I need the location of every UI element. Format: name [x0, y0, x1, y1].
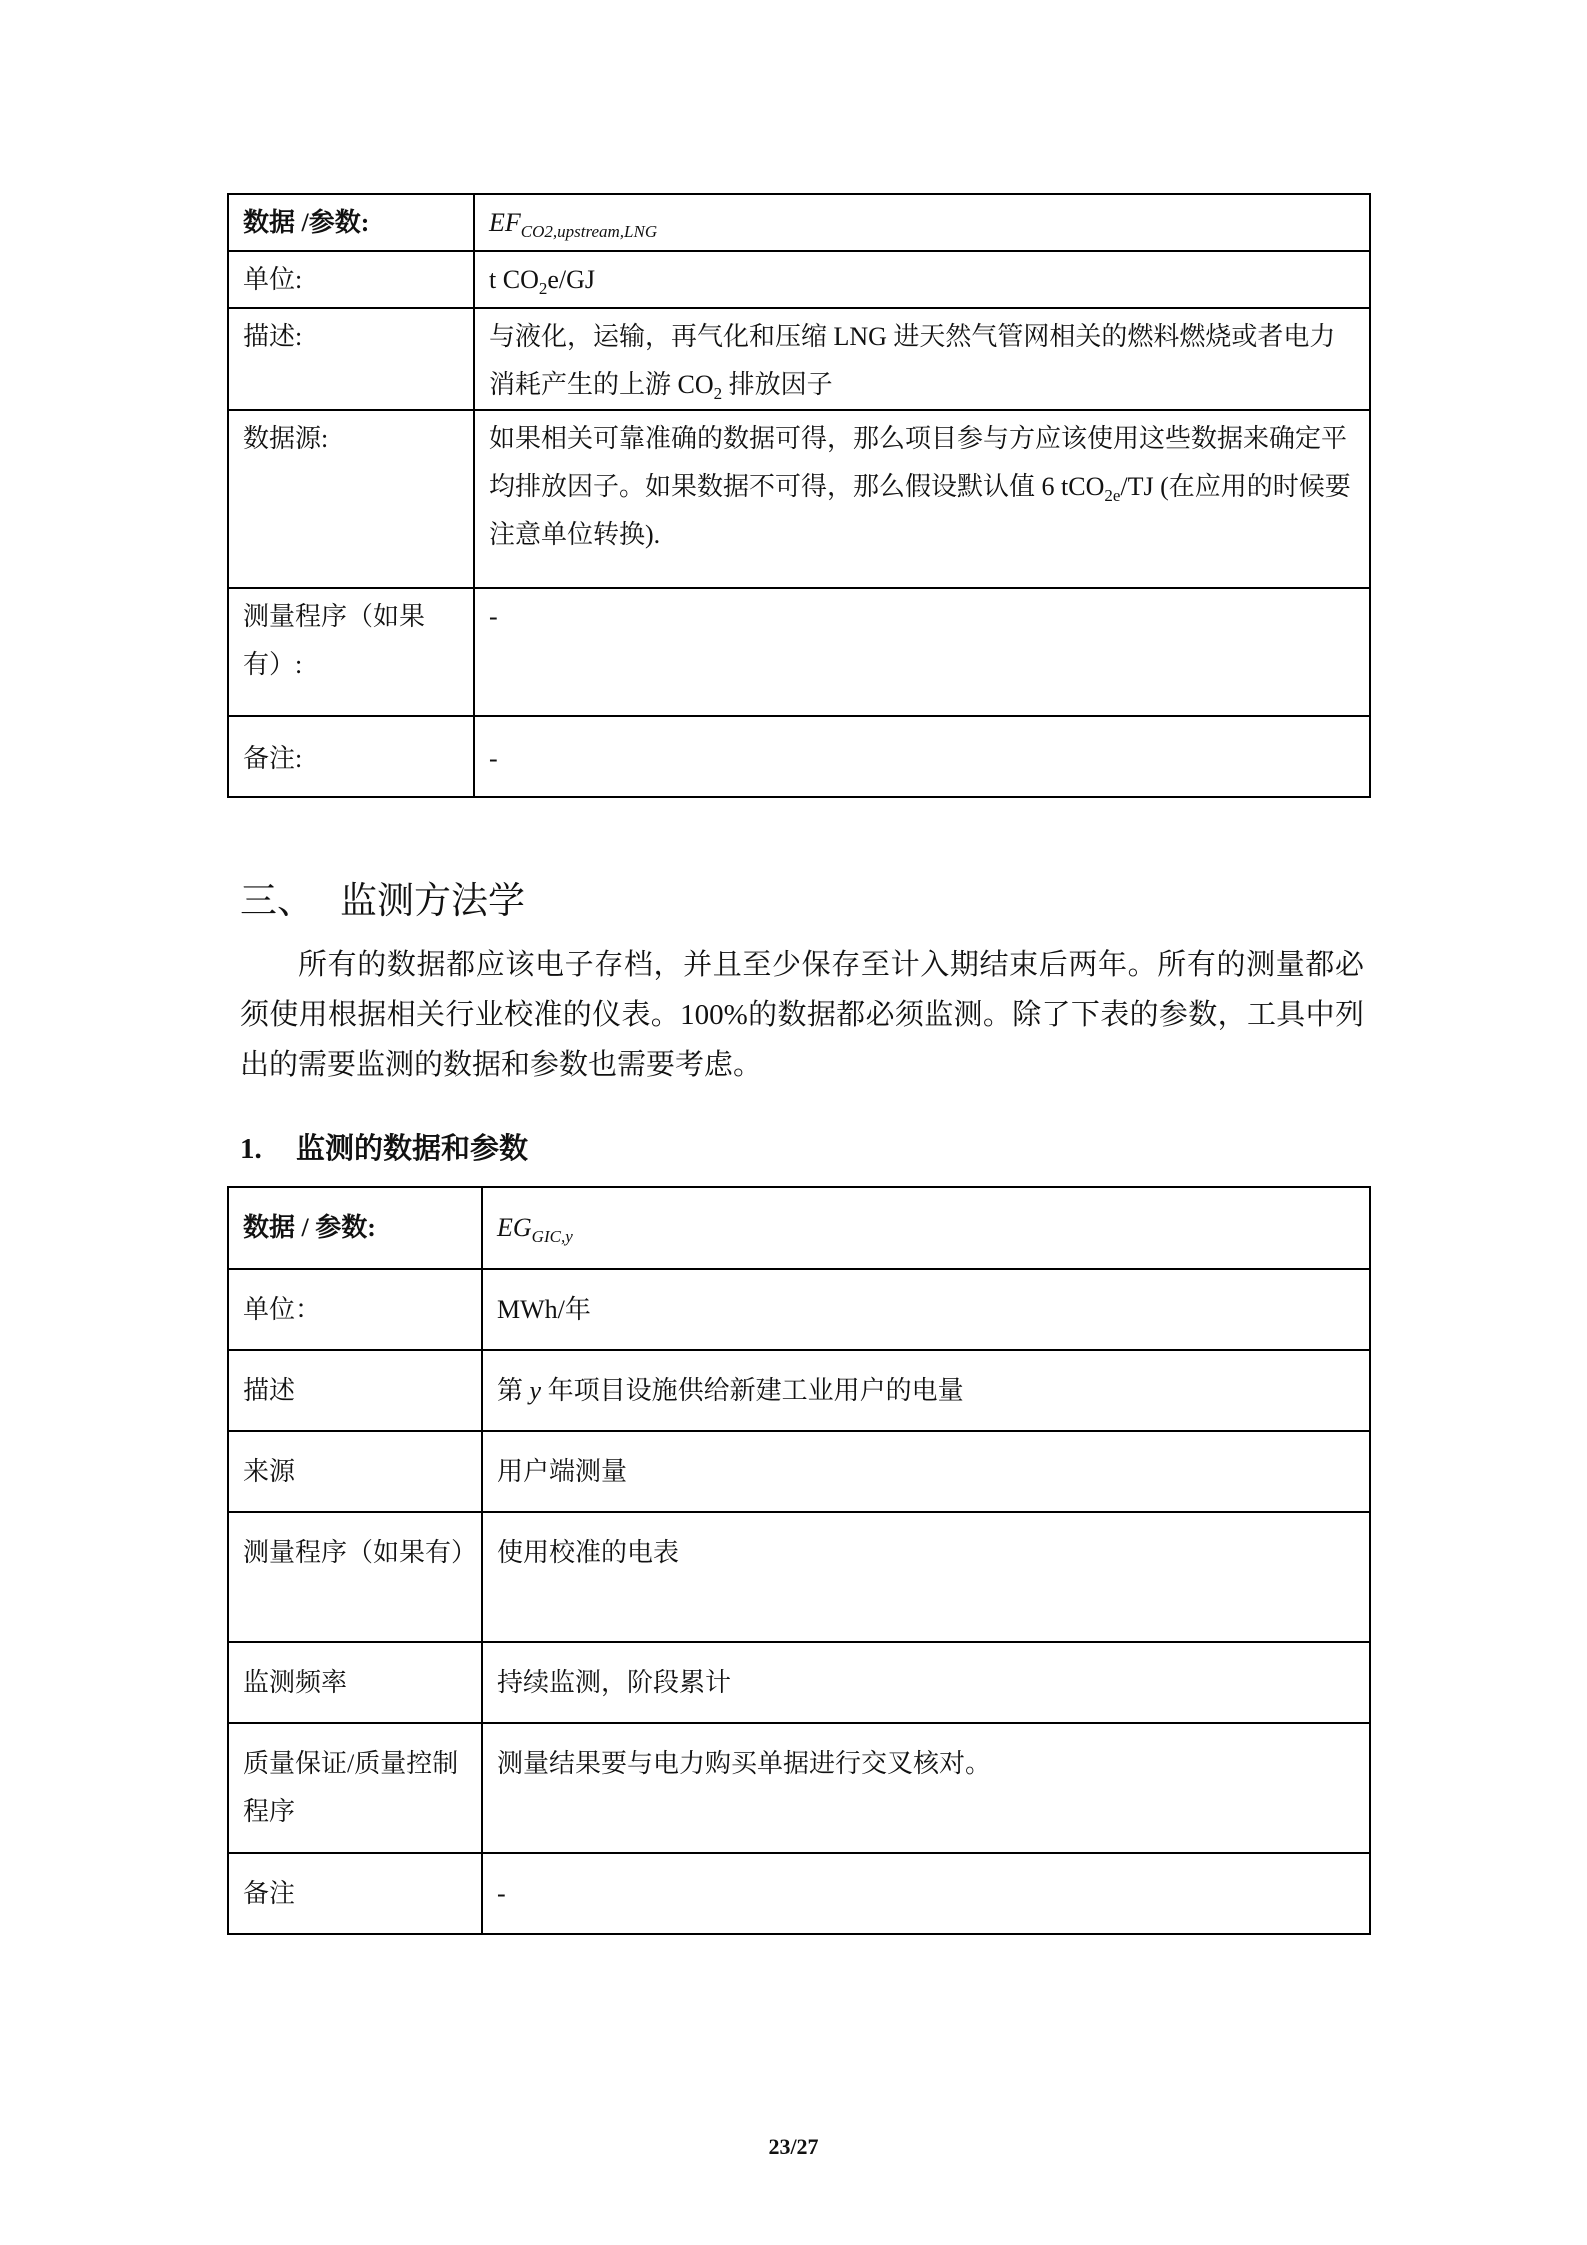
parameter-table-ef-upstream: 数据 /参数: EFCO2,upstream,LNG 单位: t CO2e/GJ…: [227, 193, 1371, 798]
table-row: 备注 -: [228, 1853, 1370, 1934]
row-value: -: [474, 716, 1370, 797]
table-row: 监测频率 持续监测，阶段累计: [228, 1642, 1370, 1723]
section-paragraph: 所有的数据都应该电子存档，并且至少保存至计入期结束后两年。所有的测量都必须使用根…: [240, 940, 1364, 1090]
row-label: 单位:: [228, 251, 474, 308]
row-label: 备注: [228, 1853, 482, 1934]
table-row: 描述: 与液化，运输，再气化和压缩 LNG 进天然气管网相关的燃料燃烧或者电力消…: [228, 308, 1370, 410]
row-value: 如果相关可靠准确的数据可得，那么项目参与方应该使用这些数据来确定平均排放因子。如…: [474, 410, 1370, 588]
row-value: 第 y 年项目设施供给新建工业用户的电量: [482, 1350, 1370, 1431]
row-label: 监测频率: [228, 1642, 482, 1723]
row-label: 描述: [228, 1350, 482, 1431]
table-row: 来源 用户端测量: [228, 1431, 1370, 1512]
table-row: 数据 /参数: EFCO2,upstream,LNG: [228, 194, 1370, 251]
table-row: 质量保证/质量控制程序 测量结果要与电力购买单据进行交叉核对。: [228, 1723, 1370, 1853]
row-value: 与液化，运输，再气化和压缩 LNG 进天然气管网相关的燃料燃烧或者电力消耗产生的…: [474, 308, 1370, 410]
row-label: 质量保证/质量控制程序: [228, 1723, 482, 1853]
row-label: 测量程序（如果有）: [228, 1512, 482, 1642]
table-row: 备注: -: [228, 716, 1370, 797]
row-label: 数据 / 参数:: [228, 1187, 482, 1269]
table-row: 数据源: 如果相关可靠准确的数据可得，那么项目参与方应该使用这些数据来确定平均排…: [228, 410, 1370, 588]
row-value: EGGIC,y: [482, 1187, 1370, 1269]
row-label: 来源: [228, 1431, 482, 1512]
table-row: 测量程序（如果有）: -: [228, 588, 1370, 716]
row-value: t CO2e/GJ: [474, 251, 1370, 308]
row-value: 使用校准的电表: [482, 1512, 1370, 1642]
table-row: 描述 第 y 年项目设施供给新建工业用户的电量: [228, 1350, 1370, 1431]
row-label: 单位：: [228, 1269, 482, 1350]
row-label: 数据源:: [228, 410, 474, 588]
table-row: 数据 / 参数: EGGIC,y: [228, 1187, 1370, 1269]
row-value: -: [482, 1853, 1370, 1934]
row-label: 数据 /参数:: [228, 194, 474, 251]
parameter-table-eg-gic: 数据 / 参数: EGGIC,y 单位： MWh/年 描述 第 y 年项目设施供…: [227, 1186, 1371, 1935]
row-value: EFCO2,upstream,LNG: [474, 194, 1370, 251]
row-label: 备注:: [228, 716, 474, 797]
document-page: 数据 /参数: EFCO2,upstream,LNG 单位: t CO2e/GJ…: [0, 0, 1587, 2245]
table-row: 测量程序（如果有） 使用校准的电表: [228, 1512, 1370, 1642]
subsection-heading: 1.监测的数据和参数: [240, 1124, 528, 1174]
row-label: 测量程序（如果有）:: [228, 588, 474, 716]
table-row: 单位： MWh/年: [228, 1269, 1370, 1350]
row-value: 用户端测量: [482, 1431, 1370, 1512]
row-value: 测量结果要与电力购买单据进行交叉核对。: [482, 1723, 1370, 1853]
row-value: -: [474, 588, 1370, 716]
row-label: 描述:: [228, 308, 474, 410]
table-row: 单位: t CO2e/GJ: [228, 251, 1370, 308]
row-value: 持续监测，阶段累计: [482, 1642, 1370, 1723]
section-heading: 三、监测方法学: [240, 872, 525, 932]
row-value: MWh/年: [482, 1269, 1370, 1350]
page-number: 23/27: [0, 2134, 1587, 2160]
